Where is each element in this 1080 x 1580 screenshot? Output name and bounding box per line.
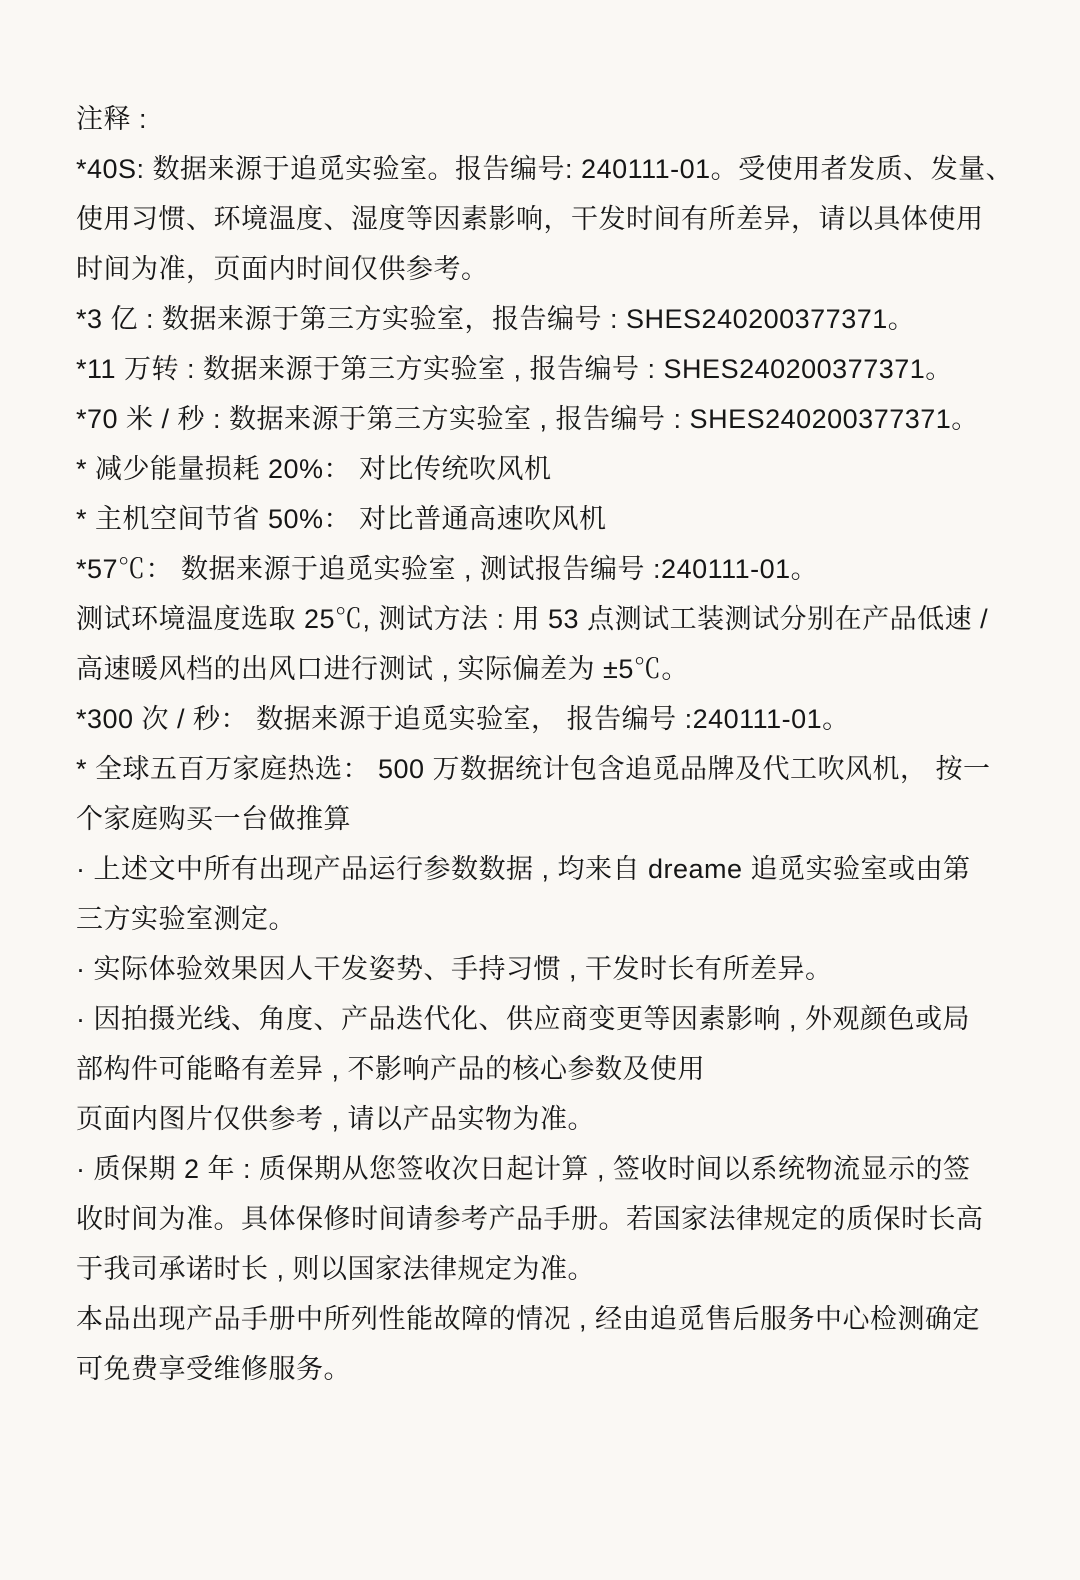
note-line-300-per-sec: *300 次 / 秒： 数据来源于追觅实验室， 报告编号 :240111-01。 [76, 694, 1024, 744]
note-line-57c-cont-2: 高速暖风档的出风口进行测试 , 实际偏差为 ±5℃。 [76, 644, 1024, 694]
note-line-repair: 本品出现产品手册中所列性能故障的情况 , 经由追觅售后服务中心检测确定 [76, 1294, 1024, 1344]
note-line-repair-cont: 可免费享受维修服务。 [76, 1344, 1024, 1394]
note-line-appearance-cont-1: 部构件可能略有差异 , 不影响产品的核心参数及使用 [76, 1044, 1024, 1094]
note-line-space-saving: * 主机空间节省 50%： 对比普通高速吹风机 [76, 494, 1024, 544]
notes-title: 注释 : [76, 94, 1024, 144]
note-line-40s-cont-2: 时间为准，页面内时间仅供参考。 [76, 244, 1024, 294]
note-line-5m-families-cont: 个家庭购买一台做推算 [76, 794, 1024, 844]
note-line-warranty: · 质保期 2 年 : 质保期从您签收次日起计算 , 签收时间以系统物流显示的签 [76, 1144, 1024, 1194]
product-notes-section: 注释 : *40S: 数据来源于追觅实验室。报告编号: 240111-01。受使… [76, 94, 1024, 1394]
note-line-experience: · 实际体验效果因人干发姿势、手持习惯 , 干发时长有所差异。 [76, 944, 1024, 994]
note-line-110k-rpm: *11 万转 : 数据来源于第三方实验室 , 报告编号 : SHES240200… [76, 344, 1024, 394]
note-line-lab-data-cont: 三方实验室测定。 [76, 894, 1024, 944]
note-line-5m-families: * 全球五百万家庭热选： 500 万数据统计包含追觅品牌及代工吹风机， 按一 [76, 744, 1024, 794]
note-line-40s: *40S: 数据来源于追觅实验室。报告编号: 240111-01。受使用者发质、… [76, 144, 1024, 194]
note-line-warranty-cont-2: 于我司承诺时长 , 则以国家法律规定为准。 [76, 1244, 1024, 1294]
note-line-lab-data: · 上述文中所有出现产品运行参数数据 , 均来自 dreame 追觅实验室或由第 [76, 844, 1024, 894]
note-line-appearance: · 因拍摄光线、角度、产品迭代化、供应商变更等因素影响 , 外观颜色或局 [76, 994, 1024, 1044]
note-line-energy-saving: * 减少能量损耗 20%： 对比传统吹风机 [76, 444, 1024, 494]
note-line-300m: *3 亿 : 数据来源于第三方实验室，报告编号 : SHES2402003773… [76, 294, 1024, 344]
note-line-appearance-cont-2: 页面内图片仅供参考 , 请以产品实物为准。 [76, 1094, 1024, 1144]
note-line-57c-cont-1: 测试环境温度选取 25℃, 测试方法 : 用 53 点测试工装测试分别在产品低速… [76, 594, 1024, 644]
note-line-57c: *57℃： 数据来源于追觅实验室 , 测试报告编号 :240111-01。 [76, 544, 1024, 594]
note-line-40s-cont-1: 使用习惯、环境温度、湿度等因素影响，干发时间有所差异，请以具体使用 [76, 194, 1024, 244]
note-line-70mps: *70 米 / 秒 : 数据来源于第三方实验室 , 报告编号 : SHES240… [76, 394, 1024, 444]
note-line-warranty-cont-1: 收时间为准。具体保修时间请参考产品手册。若国家法律规定的质保时长高 [76, 1194, 1024, 1244]
